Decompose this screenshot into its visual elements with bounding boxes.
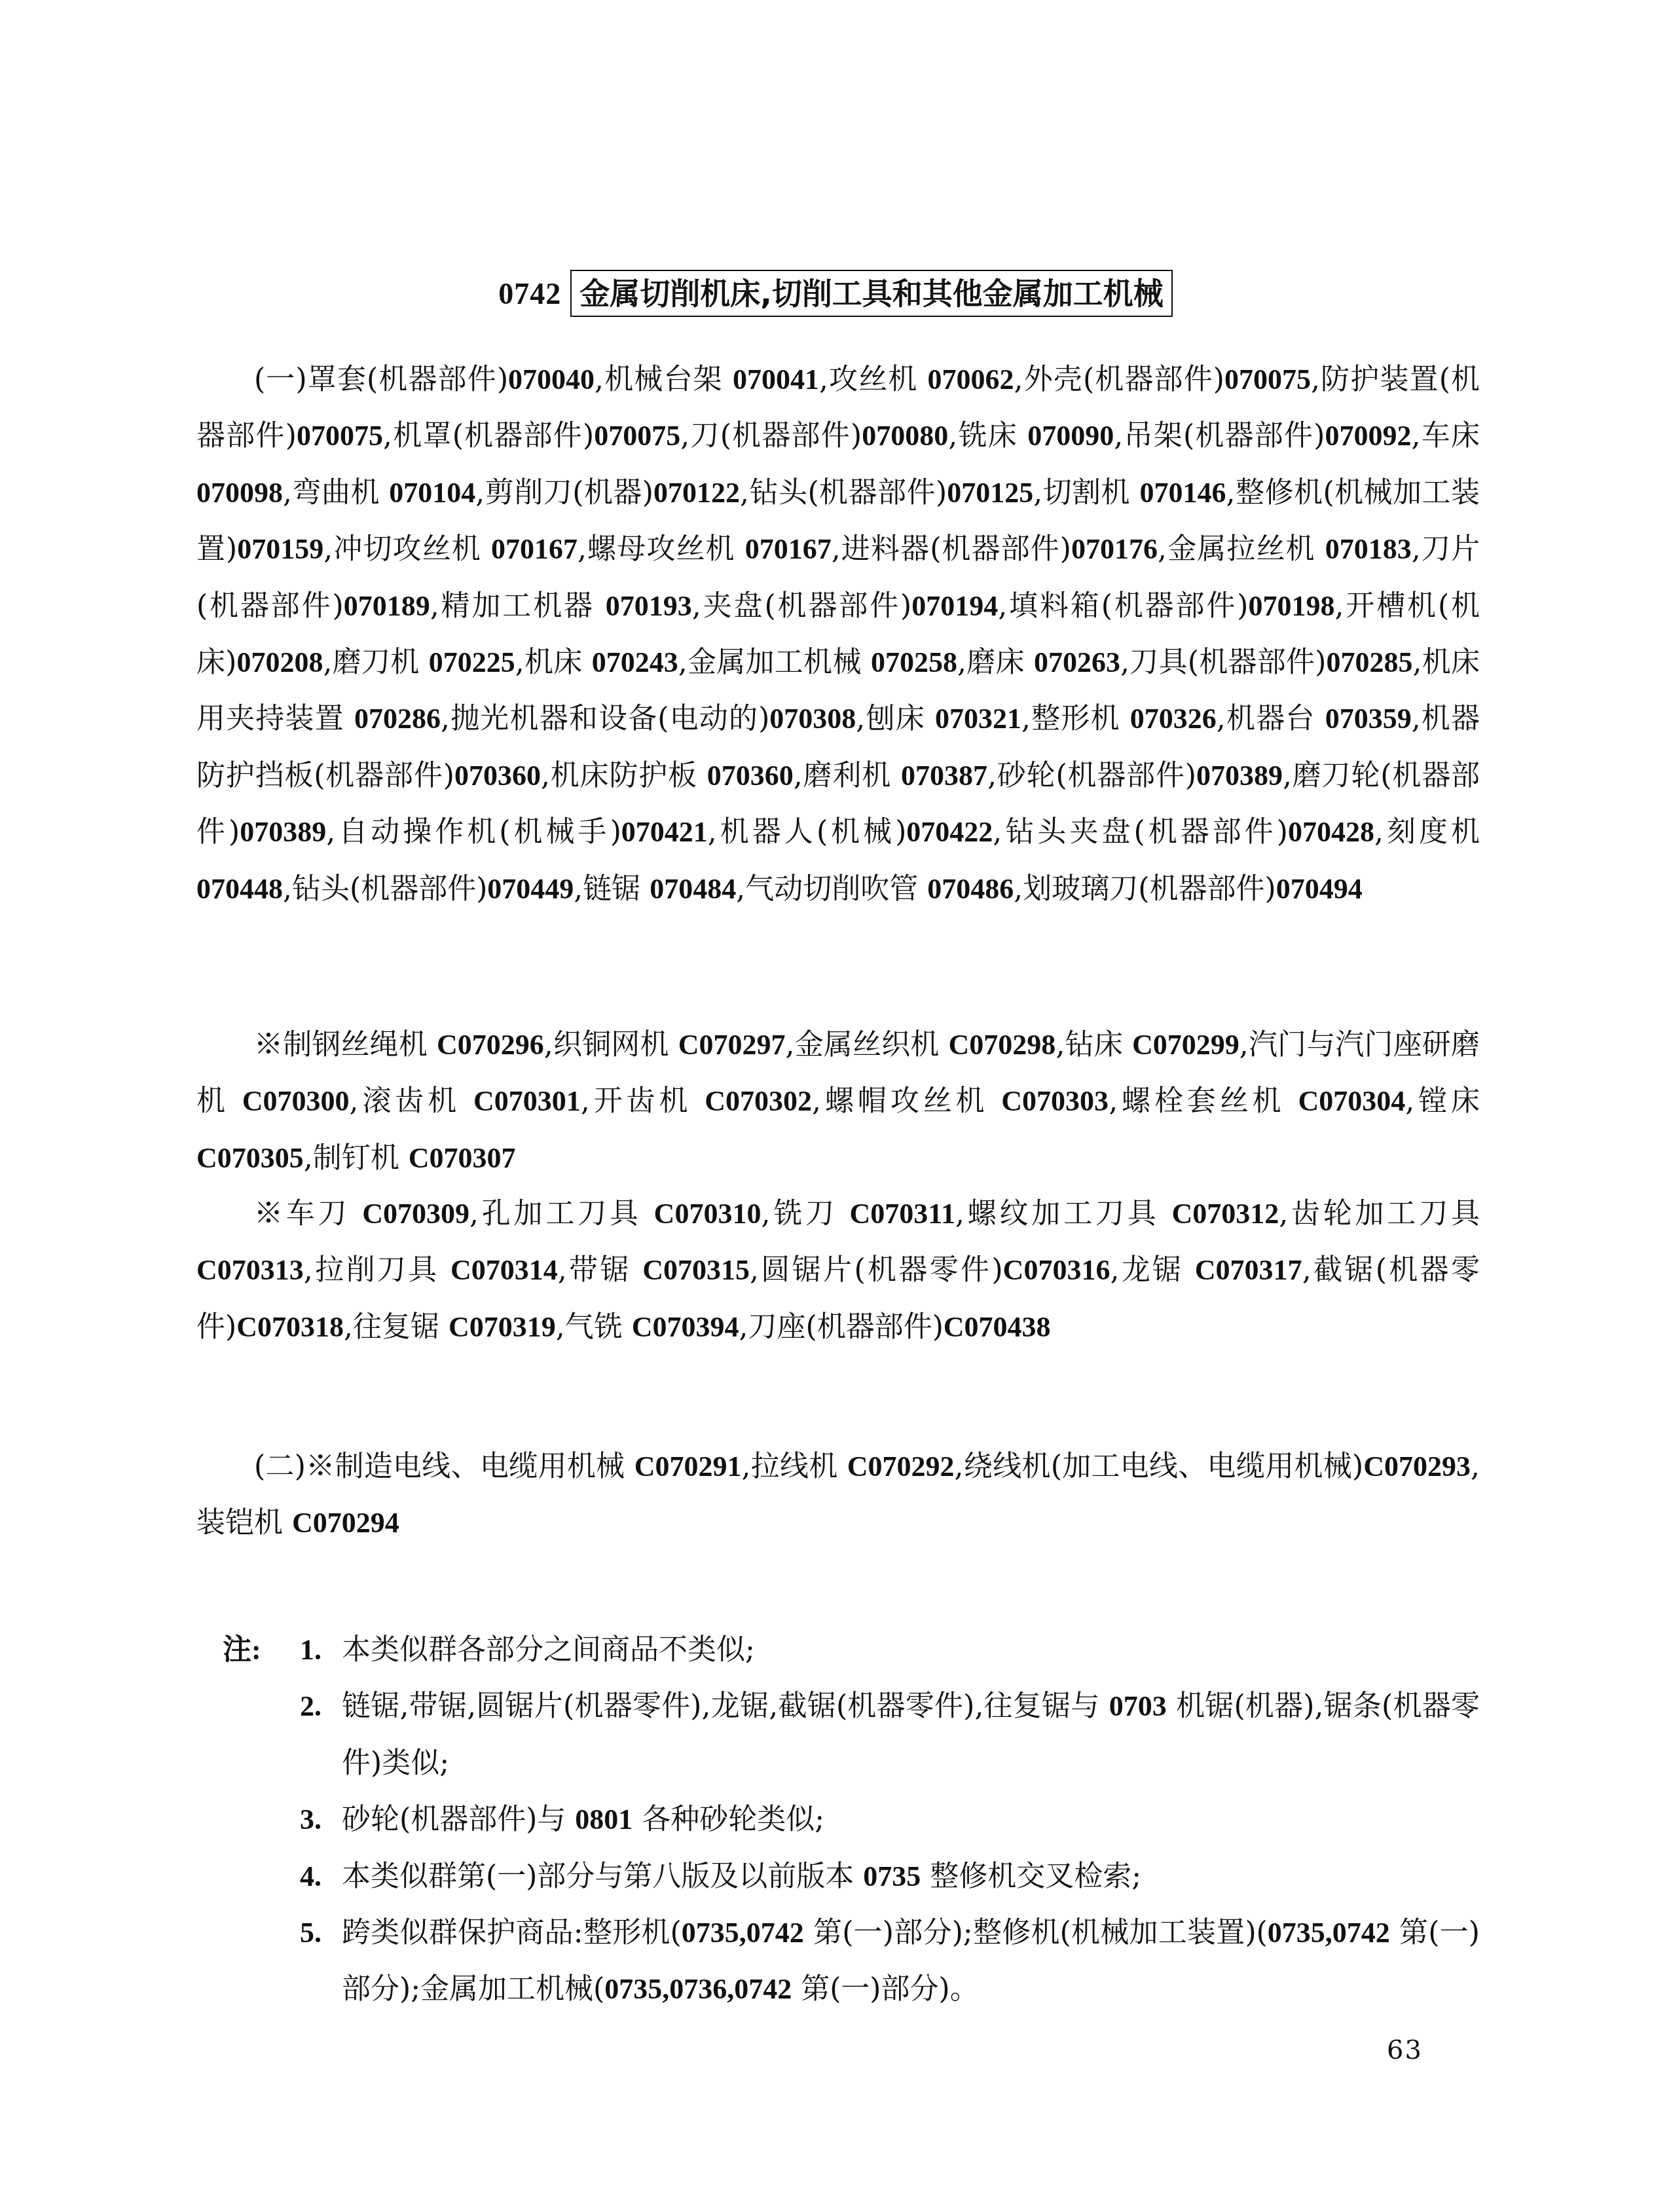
code-number: C070309 (362, 1198, 469, 1230)
paragraph: ※制钢丝绳机 C070296,织铜网机 C070297,金属丝织机 C07029… (196, 1017, 1480, 1187)
code-number: C070294 (292, 1507, 399, 1539)
text-run: 砂轮(机器部件)与 (342, 1803, 575, 1836)
text-run: ,夹盘(机器部件) (692, 589, 911, 623)
code-number: 070104 (389, 477, 475, 509)
code-number: 070176 (1071, 533, 1158, 565)
code-number: 070098 (196, 477, 283, 509)
code-number: C070394 (632, 1311, 739, 1343)
text-run: ,螺纹加工刀具 (955, 1197, 1171, 1230)
code-number: 070263 (1034, 646, 1120, 678)
code-number: 070326 (1130, 703, 1217, 735)
text-run: ※制钢丝绳机 (254, 1028, 437, 1061)
code-number: 070080 (862, 420, 948, 452)
code-number: C070291 (634, 1450, 742, 1483)
code-number: 0703 (1109, 1690, 1167, 1722)
code-number: 070041 (733, 363, 819, 396)
code-number: C070292 (847, 1450, 955, 1483)
note-text: 本类似群第(一)部分与第八版及以前版本 0735 整修机交叉检索; (342, 1849, 1480, 1905)
text-run: 整修机交叉检索; (921, 1860, 1141, 1893)
code-number: 070146 (1140, 477, 1226, 509)
code-number: 070243 (592, 646, 678, 678)
text-run: ,机罩(机器部件) (383, 419, 594, 452)
code-number: C070304 (1298, 1085, 1405, 1117)
note-item: 3. 砂轮(机器部件)与 0801 各种砂轮类似; (223, 1792, 1480, 1848)
code-number: 070122 (653, 477, 740, 509)
text-run: 各种砂轮类似; (633, 1803, 824, 1836)
code-number: C070313 (196, 1254, 304, 1286)
text-run: ,螺栓套丝机 (1109, 1084, 1298, 1118)
text-run: (一)罩套(机器部件) (254, 363, 508, 396)
section-1-starred-paragraph-a: ※制钢丝绳机 C070296,织铜网机 C070297,金属丝织机 C07029… (196, 1017, 1480, 1187)
text-run: ,刀具(机器部件) (1120, 646, 1326, 679)
text-run: ,机器台 (1217, 702, 1325, 735)
text-run: ,孔加工刀具 (469, 1197, 654, 1230)
text-run: ,切割机 (1033, 476, 1139, 509)
page-number: 63 (1387, 2035, 1423, 2065)
code-number: 070484 (650, 873, 736, 905)
text-run: ,铣床 (948, 419, 1027, 452)
document-page: 0742金属切削机床,切削工具和其他金属加工机械 (一)罩套(机器部件)0700… (0, 0, 1671, 2212)
text-run: ,螺帽攻丝机 (812, 1084, 1001, 1118)
code-number: 070286 (354, 703, 441, 735)
code-number: C070314 (450, 1254, 558, 1286)
code-number: 070183 (1325, 533, 1412, 565)
text-run: ,往复锯 (344, 1310, 449, 1344)
code-number: 070090 (1027, 420, 1114, 452)
code-number: 070062 (928, 363, 1014, 396)
text-run: ,磨刀机 (323, 646, 428, 679)
code-number: 0801 (575, 1803, 633, 1835)
code-number: 0735 (863, 1860, 921, 1892)
code-number: C070298 (949, 1029, 1056, 1061)
code-number: 0735,0742 (682, 1917, 804, 1949)
text-run: ,螺母攻丝机 (578, 532, 745, 566)
code-number: 070225 (429, 646, 515, 678)
code-number: 070387 (901, 760, 987, 792)
text-run: ,机械台架 (595, 363, 733, 396)
notes-label: 注: (223, 1622, 300, 1678)
text-run: ,车床 (1412, 419, 1480, 452)
text-run: ,拉削刀具 (304, 1253, 450, 1287)
code-number: 070428 (1288, 816, 1374, 848)
text-run: ,钻床 (1056, 1028, 1132, 1061)
code-number: 070422 (906, 816, 993, 848)
code-number: 070193 (606, 590, 692, 622)
text-run: ,刻度机 (1374, 815, 1480, 849)
text-run: ,机器人(机械) (708, 815, 907, 849)
code-number: C070300 (242, 1085, 350, 1117)
code-number: C070297 (678, 1029, 786, 1061)
note-item: 注: 1. 本类似群各部分之间商品不类似; (223, 1622, 1480, 1678)
text-run: ,外壳(机器部件) (1014, 363, 1224, 396)
code-number: C070311 (850, 1198, 955, 1230)
code-number: 070189 (344, 590, 430, 622)
code-number: C070303 (1001, 1085, 1109, 1117)
note-number: 2. (300, 1678, 342, 1792)
code-number: 0735,0742 (1268, 1917, 1390, 1949)
text-run: ,划玻璃刀(机器部件) (1014, 872, 1276, 906)
note-text: 砂轮(机器部件)与 0801 各种砂轮类似; (342, 1792, 1480, 1848)
code-number: C070301 (473, 1085, 581, 1117)
text-run: ,钻头(机器部件) (283, 872, 487, 906)
code-number: 070167 (745, 533, 832, 565)
text-run: 第(一)部分);整修机(机械加工装置)( (804, 1916, 1268, 1949)
text-run: ,刀(机器部件) (680, 419, 862, 452)
code-number: 070075 (297, 420, 383, 452)
code-number: C070299 (1132, 1029, 1239, 1061)
text-run: ,气动切削吹管 (736, 872, 927, 906)
note-text: 跨类似群保护商品:整形机(0735,0742 第(一)部分);整修机(机械加工装… (342, 1905, 1480, 2018)
text-run: ,拉线机 (741, 1450, 847, 1483)
text-run: ,金属加工机械 (678, 646, 871, 679)
code-number: 070258 (871, 646, 957, 678)
text-run: ,开齿机 (581, 1084, 705, 1118)
text-run: ,剪削刀(机器) (475, 476, 653, 509)
code-number: 070321 (935, 703, 1021, 735)
paragraph: (二)※制造电线、电缆用机械 C070291,拉线机 C070292,绕线机(加… (196, 1439, 1480, 1552)
code-number: 070075 (1224, 363, 1311, 396)
text-run: ,自动操作机(机械手) (326, 815, 621, 849)
text-run: ,圆锯片(机器零件) (750, 1253, 1003, 1287)
text-run: ,机床防护板 (541, 759, 707, 792)
code-number: 070208 (236, 646, 323, 678)
code-number: C070318 (236, 1311, 344, 1343)
notes-block: 注: 1. 本类似群各部分之间商品不类似; 2. 链锯,带锯,圆锯片(机器零件)… (223, 1622, 1480, 2018)
code-number: 070194 (911, 590, 998, 622)
code-number: C070317 (1195, 1254, 1302, 1286)
paragraph: (一)罩套(机器部件)070040,机械台架 070041,攻丝机 070062… (196, 352, 1480, 917)
text-run: ,磨利机 (794, 759, 901, 792)
note-item: 5. 跨类似群保护商品:整形机(0735,0742 第(一)部分);整修机(机械… (223, 1905, 1480, 2018)
code-number: 070360 (707, 760, 794, 792)
text-run: ,金属拉丝机 (1158, 532, 1325, 566)
text-run: ,齿轮加工刀具 (1279, 1197, 1480, 1230)
section-1-paragraph: (一)罩套(机器部件)070040,机械台架 070041,攻丝机 070062… (196, 352, 1480, 917)
class-title: 金属切削机床,切削工具和其他金属加工机械 (570, 270, 1172, 317)
code-number: 070494 (1276, 873, 1363, 905)
text-run: ,带锯 (558, 1253, 642, 1287)
text-run: ,织铜网机 (544, 1028, 678, 1061)
text-run: ,滚齿机 (350, 1084, 473, 1118)
text-run: 第(一)部分)。 (792, 1972, 978, 2006)
code-number: 070486 (927, 873, 1014, 905)
text-run: ,整形机 (1021, 702, 1130, 735)
text-run: ,弯曲机 (283, 476, 389, 509)
text-run: 本类似群各部分之间商品不类似; (342, 1633, 755, 1667)
text-run: ,磨床 (957, 646, 1034, 679)
text-run: ,钻头(机器部件) (740, 476, 947, 509)
note-number: 4. (300, 1849, 342, 1905)
text-run: ,钻头夹盘(机器部件) (993, 815, 1288, 849)
section-1-starred-paragraph-b: ※车刀 C070309,孔加工刀具 C070310,铣刀 C070311,螺纹加… (196, 1186, 1480, 1355)
code-number: 070285 (1326, 646, 1412, 678)
note-text: 链锯,带锯,圆锯片(机器零件),龙锯,截锯(机器零件),往复锯与 0703 机锯… (342, 1678, 1480, 1792)
code-number: 070360 (454, 760, 541, 792)
text-run: ,冲切攻丝机 (323, 532, 491, 566)
code-number: 070449 (487, 873, 574, 905)
text-run: ,抛光机器和设备(电动的) (441, 702, 769, 735)
code-number: 070167 (491, 533, 578, 565)
code-number: C070293 (1363, 1450, 1471, 1483)
code-number: C070319 (449, 1311, 556, 1343)
class-heading: 0742金属切削机床,切削工具和其他金属加工机械 (0, 270, 1671, 317)
note-text: 本类似群各部分之间商品不类似; (342, 1622, 1480, 1678)
text-run: (二)※制造电线、电缆用机械 (254, 1450, 634, 1483)
code-number: C070296 (437, 1029, 544, 1061)
text-run: ,吊架(机器部件) (1114, 419, 1325, 452)
code-number: C070315 (642, 1254, 750, 1286)
text-run: ,填料箱(机器部件) (998, 589, 1248, 623)
text-run: ,金属丝织机 (786, 1028, 949, 1061)
code-number: 070308 (769, 703, 856, 735)
code-number: 070159 (237, 533, 323, 565)
code-number: 070075 (594, 420, 680, 452)
note-number: 3. (300, 1792, 342, 1848)
text-run: ,铣刀 (761, 1197, 849, 1230)
section-2-paragraph: (二)※制造电线、电缆用机械 C070291,拉线机 C070292,绕线机(加… (196, 1439, 1480, 1552)
code-number: 070359 (1325, 703, 1412, 735)
note-item: 2. 链锯,带锯,圆锯片(机器零件),龙锯,截锯(机器零件),往复锯与 0703… (223, 1678, 1480, 1792)
text-run: ,制钉机 (304, 1141, 409, 1175)
note-number: 5. (300, 1905, 342, 2018)
note-number: 1. (300, 1622, 342, 1678)
text-run: ,砂轮(机器部件) (987, 759, 1196, 792)
text-run: ,刨床 (856, 702, 935, 735)
note-item: 4. 本类似群第(一)部分与第八版及以前版本 0735 整修机交叉检索; (223, 1849, 1480, 1905)
text-run: ,龙锯 (1110, 1253, 1194, 1287)
code-number: 070389 (1196, 760, 1283, 792)
text-run: 链锯,带锯,圆锯片(机器零件),龙锯,截锯(机器零件),往复锯与 (342, 1689, 1109, 1723)
code-number: 070198 (1248, 590, 1334, 622)
code-number: 070092 (1325, 420, 1412, 452)
code-number: C070312 (1171, 1198, 1279, 1230)
code-number: 070125 (947, 477, 1033, 509)
code-number: C070305 (196, 1142, 304, 1174)
text-run: ,绕线机(加工电线、电缆用机械) (955, 1450, 1364, 1483)
code-number: 070389 (240, 816, 326, 848)
text-run: ,精加工机器 (430, 589, 606, 623)
code-number: C070307 (409, 1142, 516, 1174)
text-run: ,攻丝机 (819, 363, 928, 396)
text-run: 本类似群第(一)部分与第八版及以前版本 (342, 1860, 863, 1893)
code-number: C070438 (944, 1311, 1051, 1343)
text-run: ,链锯 (574, 872, 650, 906)
code-number: C070316 (1003, 1254, 1111, 1286)
text-run: ,刀座(机器部件) (739, 1310, 943, 1344)
code-number: 070448 (196, 873, 283, 905)
code-number: 070421 (621, 816, 708, 848)
text-run: ,气铣 (556, 1310, 632, 1344)
text-run: ※车刀 (254, 1197, 362, 1230)
code-number: C070302 (705, 1085, 812, 1117)
class-code: 0742 (498, 277, 561, 310)
text-run: 跨类似群保护商品:整形机( (342, 1916, 682, 1949)
code-number: C070310 (654, 1198, 762, 1230)
paragraph: ※车刀 C070309,孔加工刀具 C070310,铣刀 C070311,螺纹加… (196, 1186, 1480, 1355)
code-number: 070040 (508, 363, 595, 396)
code-number: 0735,0736,0742 (604, 1973, 792, 2005)
text-run: ,进料器(机器部件) (832, 532, 1071, 566)
text-run: ,机床 (515, 646, 592, 679)
text-run: ,镗床 (1405, 1084, 1480, 1118)
